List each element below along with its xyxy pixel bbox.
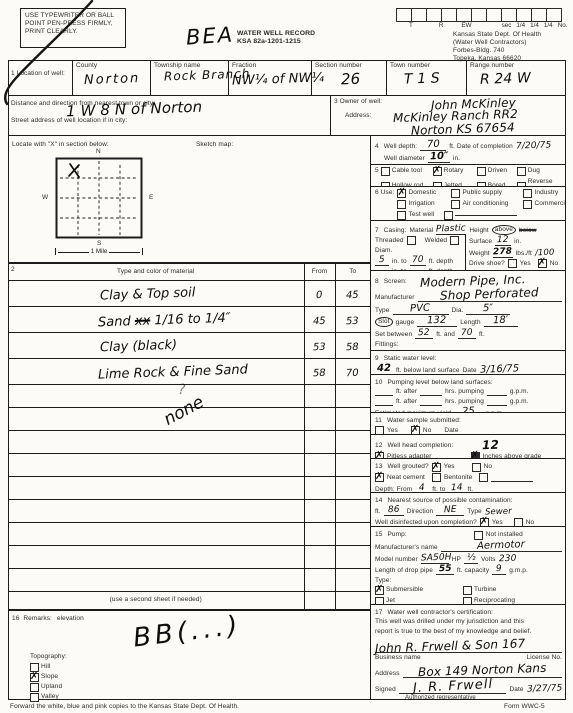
casing-height-label: Height: [469, 227, 488, 235]
ft-after-label: ft. after: [396, 388, 417, 396]
grouted-no-label: No: [484, 463, 493, 471]
use-section: 6 Use: Domestic Public supply Industry I…: [371, 186, 566, 220]
drive-shoe-label: Drive shoe?: [469, 260, 505, 268]
signature: J. R. Frwell: [412, 678, 493, 695]
material-footer-row: (use a second sheet if needed): [8, 592, 370, 610]
pump-jet: Jet: [375, 597, 463, 604]
grouted-yes-label: Yes: [444, 463, 455, 471]
section-value: 26: [341, 72, 361, 88]
head-label: Well head completion:: [387, 442, 453, 450]
caption-no: No.: [558, 22, 568, 29]
drill-driven: Driven: [477, 167, 517, 176]
set-unit-label: ft.: [479, 331, 485, 339]
gauge-label: gauge: [396, 319, 415, 327]
grouted-section: 13 Well grouted? Yes No Neat cement Bent…: [371, 458, 566, 492]
bentonite-label: Bentonite: [444, 474, 472, 482]
use-air-conditioning: Air conditioning: [451, 200, 523, 209]
to-value: 53: [346, 316, 359, 326]
not-installed-label: Not installed: [486, 531, 523, 539]
coding-box: [441, 8, 457, 22]
material-value: Sand xx 1/16 to 1/4″: [98, 311, 231, 329]
material-value: Clay (black): [100, 338, 178, 354]
grout-to-value: 14: [451, 483, 463, 492]
topography-slope: Slope: [30, 673, 62, 682]
valley-label: Valley: [41, 693, 59, 701]
diam-label: Diam.: [375, 247, 392, 255]
question-scribble: ?: [178, 383, 185, 397]
drill-method-section: 5 Cable tool Rotary Driven Dug Hollow ro…: [371, 164, 566, 186]
certification-label: Water well contractor's certification:: [387, 609, 493, 617]
owner-label: 3 Owner of well:: [334, 98, 382, 105]
grouted-label: Well grouted?: [387, 463, 428, 471]
material-row: Clay & Top soil 0 45: [8, 281, 370, 307]
welded-checkbox: [450, 236, 459, 245]
certification-text1: This well was drilled under my jurisdict…: [375, 618, 524, 626]
certification-section: 17 Water well contractor's certification…: [371, 604, 566, 700]
coding-box: [456, 8, 472, 22]
compass-w: W: [42, 194, 48, 202]
pump-volts-value: 230: [498, 554, 516, 564]
neat-cement-label: Neat cement: [387, 474, 425, 482]
well-diameter-unit: in.: [453, 155, 460, 163]
coding-box: [426, 8, 442, 22]
well-depth-label: Well depth:: [384, 143, 418, 151]
fittings-label: Fittings:: [375, 341, 399, 349]
use-domestic: Domestic: [397, 189, 451, 198]
grouted-no-checkbox: [472, 463, 481, 472]
pump-hp-value: ½: [466, 553, 475, 562]
range-label: Range number: [470, 62, 563, 70]
location-label-cell: 1 Location of well:: [8, 60, 72, 95]
screen-manufacturer-label: Manufacturer: [375, 294, 415, 302]
public-supply-checkbox: [451, 189, 460, 198]
caption-sec: sec: [502, 22, 512, 29]
gauge-value: 132: [427, 316, 447, 327]
gpm-label2: g.p.m.: [510, 398, 529, 406]
contamination-ft-value: 86: [388, 506, 400, 515]
owner-address-line2: Norton KS 67654: [411, 121, 515, 137]
town-cell: Town number T 1 S: [386, 60, 466, 95]
material-value: Clay & Top soil: [100, 286, 196, 302]
certification-number: 17: [375, 609, 382, 617]
drill-number: 5: [375, 167, 379, 186]
range-cell: Range number R 24 W: [466, 60, 566, 95]
neat-cement-checkbox: [375, 473, 384, 482]
test-well-checkbox: [397, 211, 406, 220]
top-scribble: BEA: [185, 24, 234, 48]
county-value: Norton: [84, 72, 141, 87]
contractor-address-label: Address: [375, 670, 400, 678]
threaded-label: Threaded: [375, 237, 404, 245]
county-label: County: [76, 62, 147, 70]
signed-date-value: 3/27/75: [526, 684, 562, 694]
slot-label-circled: Slot: [375, 317, 393, 327]
drill-reverse-rotary: Reverse rotary: [517, 178, 562, 186]
topography-valley: Valley: [30, 693, 62, 702]
set-to-value: 70: [461, 329, 473, 338]
disinfected-no-label: No: [526, 519, 535, 526]
hill-label: Hill: [41, 663, 50, 671]
materials-number: 2: [11, 266, 15, 274]
caption-r: R: [439, 22, 444, 29]
head-completion-section: 12 Well head completion: 12 Pitless adap…: [371, 434, 566, 458]
agency-address: Kansas State Dept. Of Health (Water Well…: [453, 31, 541, 64]
distance-owner-row: Distance and direction from nearest town…: [8, 96, 566, 136]
pump-mfr-value: Aermotor: [477, 540, 525, 552]
screen-length-label: Length: [460, 319, 480, 327]
instruction-text: USE TYPEWRITER OR BALL POINT PEN-PRESS F…: [25, 12, 114, 35]
coding-grid-caption: T R EW sec 1/4 1/4 1/4 No.: [397, 22, 559, 29]
weight-unit: lbs./ft: [516, 250, 532, 258]
material-row: Sand xx 1/16 to 1/4″ 45 53: [8, 307, 370, 333]
coding-box: [486, 8, 502, 22]
town-value: T 1 S: [404, 72, 440, 87]
pump-mfr-label: Manufacturer's name: [375, 544, 438, 552]
set-between-label: Set between: [375, 331, 412, 339]
use-industry: Industry: [523, 189, 566, 198]
direction-label: Direction: [407, 508, 434, 516]
air-conditioning-checkbox: [451, 200, 460, 209]
sample-label: Water sample submitted:: [387, 417, 461, 425]
county-cell: County Norton: [72, 60, 150, 95]
screen-dia-value: 5″: [483, 303, 494, 313]
pump-number: 15: [375, 531, 382, 539]
pump-volts-label: Volts: [481, 556, 496, 564]
screen-label: Screen:: [384, 278, 407, 286]
coding-box: [396, 8, 412, 22]
height-below-struck: below: [519, 227, 536, 235]
material-row-empty: [8, 431, 370, 454]
contamination-label: Nearest source of possible contamination…: [387, 497, 512, 505]
elevation-note: elevation: [57, 615, 84, 622]
screen-section: 8 Screen: Modern Pipe, Inc. Manufacturer…: [371, 270, 566, 350]
sketch-map-label: Sketch map:: [196, 141, 233, 149]
upland-checkbox: [30, 683, 39, 692]
domestic-checkbox: [397, 189, 406, 198]
drop-pipe-label: Length of drop pipe: [375, 567, 433, 575]
col-to: To: [335, 264, 370, 281]
material-value: Lime Rock & Fine Sand: [98, 363, 248, 381]
use-commercial: Commercial: [523, 200, 566, 209]
to-value: 58: [346, 342, 359, 352]
caption-q2: 1/4: [530, 22, 539, 29]
caption-t: T: [409, 22, 413, 29]
gpm-label: g.p.m.: [510, 388, 529, 396]
weight-label: Weight: [469, 250, 490, 258]
turbine-checkbox: [463, 586, 472, 595]
owner-address-label: Address:: [345, 112, 371, 120]
section-map: [55, 157, 143, 239]
upland-label: Upland: [41, 683, 62, 691]
drop-pipe-value: 55: [438, 565, 451, 574]
pump-label: Pump:: [387, 531, 406, 539]
casing-depth-value: 70: [412, 256, 424, 265]
casing-label: Casing:: [384, 227, 407, 235]
contamination-number: 14: [375, 497, 382, 505]
casing-in-to: in. to: [392, 258, 407, 266]
not-installed-checkbox: [474, 531, 483, 540]
x-mark: [69, 164, 79, 177]
agency-line: Forbes-Bldg. 740: [453, 47, 541, 55]
locate-label: Locate with "X" in section below:: [12, 141, 109, 149]
right-column: 4 Well depth: 70 ft. Date of completion …: [370, 136, 566, 700]
pump-section: 15 Pump: Not installed Manufacturer's na…: [371, 526, 566, 604]
screen-type-value: PVC: [410, 303, 430, 314]
direction-value: NE: [444, 506, 457, 515]
threaded-checkbox: [407, 236, 416, 245]
coding-box: [531, 8, 547, 22]
form-title-block: WATER WELL RECORD KSA 82a-1201-1215: [237, 30, 315, 47]
well-depth-number: 4: [375, 143, 379, 151]
sample-yes-checkbox: [375, 426, 384, 434]
caption-q1: 1/4: [516, 22, 525, 29]
scale-label: 1 Mile: [91, 248, 108, 255]
head-inches-value: 12: [482, 438, 499, 451]
static-label: Static water level:: [384, 355, 437, 363]
township-cell: Township name Rock Branch: [150, 60, 228, 95]
casing-material-label: Material: [409, 227, 433, 235]
section-label: Section number: [315, 62, 383, 70]
static-value: 42: [377, 364, 391, 374]
screen-type-label: Type: [375, 307, 390, 315]
caption-ew: EW: [461, 22, 471, 29]
screen-length-value: 18′: [493, 316, 509, 327]
capacity-label: ft. capacity: [457, 567, 489, 575]
col-material: Type and color of material: [117, 268, 194, 275]
topography-label: Topography:: [30, 653, 67, 661]
coding-box: [516, 8, 532, 22]
form-title: WATER WELL RECORD: [237, 30, 315, 38]
drill-dug: Dug: [517, 167, 562, 176]
pump-submersible: Submersible: [375, 586, 463, 595]
industry-checkbox: [523, 189, 532, 198]
from-value: 0: [316, 290, 323, 300]
form-statute: KSA 82a-1201-1215: [237, 38, 315, 46]
drill-jetted: Jetted: [433, 178, 477, 186]
pump-model-value: SA50H: [421, 553, 452, 563]
valley-checkbox: [30, 693, 39, 702]
well-depth-section: 4 Well depth: 70 ft. Date of completion …: [371, 136, 566, 164]
material-row-empty: [8, 477, 370, 500]
sample-yes-label: Yes: [387, 427, 398, 434]
hrs-pumping-label2: hrs. pumping: [445, 398, 484, 406]
distance-cell: Distance and direction from nearest town…: [8, 96, 330, 135]
well-diameter-value: 10″: [429, 152, 448, 163]
ft-after-label2: ft. after: [396, 398, 417, 406]
disinfected-no-checkbox: [514, 518, 523, 526]
to-value: 45: [346, 290, 359, 300]
driven-checkbox: [477, 167, 486, 176]
sample-no-label: No: [423, 427, 432, 434]
location-row: 1 Location of well: County Norton Townsh…: [8, 60, 566, 96]
topography-upland: Upland: [30, 683, 62, 692]
bentonite-checkbox: [432, 473, 441, 482]
slope-label: Slope: [41, 673, 58, 681]
use-label: Use:: [381, 189, 395, 220]
set-mid-label: ft. and: [436, 331, 455, 339]
fraction-cell: Fraction NW¼ of NW¼: [228, 60, 311, 95]
jet-checkbox: [375, 597, 384, 604]
screen-number: 8: [375, 278, 379, 286]
to-value: 70: [346, 368, 359, 378]
weight-value: 278: [493, 247, 512, 257]
hrs-pumping-label: hrs. pumping: [445, 388, 484, 396]
use-other-checkbox: [444, 211, 453, 220]
pumping-section: 10 Pumping level below land surfaces: ft…: [371, 374, 566, 412]
drill-bored: Bored: [477, 178, 517, 186]
material-row-empty: [8, 454, 370, 477]
struck-scribble: xx: [135, 313, 151, 329]
locate-section: Locate with "X" in section below: Sketch…: [8, 136, 370, 262]
from-value: 53: [313, 342, 326, 352]
completion-date-value: 7/20/75: [516, 141, 552, 151]
compass-n: N: [96, 148, 101, 156]
drill-cable-tool: Cable tool: [381, 167, 433, 176]
rotary-checkbox: [433, 167, 442, 176]
contractor-address-value: Box 149 Norton Kans: [418, 662, 547, 678]
screen-perforation-value: Shop Perforated: [440, 286, 539, 301]
caption-q3: 1/4: [544, 22, 553, 29]
pump-turbine: Turbine: [463, 586, 562, 595]
casing-ft-depth: ft. depth: [429, 258, 453, 266]
dug-checkbox: [517, 167, 526, 176]
static-date-label: Date: [463, 367, 477, 374]
remarks-scribble: BB(...): [132, 612, 243, 651]
commercial-checkbox: [523, 200, 532, 209]
drive-shoe-no-checkbox: [538, 259, 547, 268]
remarks-label: Remarks:: [23, 615, 52, 622]
compass-s: S: [97, 240, 101, 248]
contamination-type-value: Sewer: [485, 507, 512, 516]
cable-tool-checkbox: [381, 167, 390, 176]
left-column: Locate with "X" in section below: Sketch…: [8, 136, 370, 700]
materials-table: 2 Type and color of material From To Cla…: [8, 263, 370, 610]
materials-section: 2 Type and color of material From To Cla…: [8, 262, 370, 610]
map-scale: 1 Mile: [55, 248, 143, 255]
form-number: Form WWC-5: [504, 703, 545, 711]
sample-section: 11 Water sample submitted: Yes No Date: [371, 412, 566, 434]
location-label: 1 Location of well:: [11, 70, 65, 77]
static-unit: ft. below land surface: [396, 367, 460, 374]
capacity-unit: g.m.p.: [509, 567, 528, 575]
drive-shoe-no-label: No: [550, 260, 559, 268]
completion-date-label: ft. Date of completion: [449, 143, 513, 151]
well-diameter-label: Well diameter: [384, 155, 425, 163]
material-row-empty: [8, 546, 370, 569]
submersible-checkbox: [375, 586, 384, 595]
casing-section: 7 Casing: Material Plastic Height above …: [371, 220, 566, 270]
capacity-value: 9: [496, 565, 502, 574]
casing-number: 7: [375, 227, 379, 235]
sample-number: 11: [375, 417, 382, 425]
pump-model-label: Model number: [375, 556, 418, 564]
welded-label: Welded: [425, 237, 448, 245]
static-number: 9: [375, 355, 379, 363]
coding-box: [411, 8, 427, 22]
irrigation-checkbox: [397, 200, 406, 209]
grout-other-checkbox: [479, 473, 488, 482]
casing-diam-value: 5: [379, 256, 385, 265]
sample-date-label: Date: [444, 427, 458, 434]
footer-note: Forward the white, blue and pink copies …: [10, 703, 239, 711]
from-value: 58: [313, 368, 326, 378]
range-value: R 24 W: [480, 71, 531, 87]
surface-label: Surface: [469, 238, 492, 246]
material-row-empty: [8, 523, 370, 546]
reciprocating-checkbox: [463, 597, 472, 604]
owner-cell: 3 Owner of well: Address: John McKinley …: [330, 96, 566, 135]
pumping-label: Pumping level below land surfaces:: [387, 379, 492, 387]
use-public-supply: Public supply: [451, 189, 523, 198]
material-row: Clay (black) 53 58: [8, 333, 370, 359]
coding-box: [471, 8, 487, 22]
casing-material-value: Plastic: [436, 224, 466, 234]
town-label: Town number: [390, 62, 463, 70]
disinfected-yes-checkbox: [480, 518, 489, 526]
pumping-number: 10: [375, 379, 382, 387]
well-depth-value: 70: [427, 139, 440, 149]
drill-rotary: Rotary: [433, 167, 477, 176]
material-row-empty: [8, 569, 370, 592]
grout-from-value: 4: [419, 483, 425, 492]
coding-box: [501, 8, 517, 22]
disinfected-label: Well disinfected upon completion?: [375, 519, 477, 526]
disinfected-yes-label: Yes: [492, 519, 503, 526]
static-level-section: 9 Static water level: 42 ft. below land …: [371, 350, 566, 374]
second-sheet-note: (use a second sheet if needed): [8, 592, 304, 610]
certification-text2: report is true to the best of my knowled…: [375, 628, 531, 636]
agency-line: Kansas State Dept. Of Health: [453, 31, 541, 39]
compass-e: E: [149, 194, 153, 202]
col-from: From: [304, 264, 335, 281]
contamination-section: 14 Nearest source of possible contaminat…: [371, 492, 566, 526]
pump-hp-label: HP: [452, 556, 461, 564]
use-test-well: Test well: [397, 211, 566, 220]
remarks-section: 16 Remarks: elevation BB(...) Topography…: [8, 610, 370, 702]
height-above-circled: above: [492, 225, 516, 235]
fraction-label: Fraction: [232, 62, 308, 70]
surface-unit: in.: [514, 238, 521, 246]
instruction-box: USE TYPEWRITER OR BALL POINT PEN-PRESS F…: [20, 8, 126, 48]
material-row-empty: [8, 500, 370, 523]
water-well-record-form: USE TYPEWRITER OR BALL POINT PEN-PRESS F…: [0, 0, 573, 713]
drill-hollow-rod: Hollow rod: [381, 178, 433, 186]
drive-shoe-yes-label: Yes: [520, 260, 531, 268]
use-number: 6: [375, 189, 379, 220]
from-value: 45: [313, 316, 326, 326]
business-name-label: Business name: [375, 654, 421, 662]
pump-reciprocating: Reciprocating: [463, 597, 562, 604]
street-address-label: Street address of well location if in ci…: [11, 117, 327, 125]
surface-value: 12: [497, 236, 509, 245]
remarks-number: 16: [12, 615, 19, 622]
material-row: Lime Rock & Fine Sand 58 70: [8, 359, 370, 385]
signed-date-label: Date: [509, 686, 523, 694]
set-from-value: 52: [418, 329, 430, 338]
business-name-value: John R. Frwell & Son 167: [375, 637, 526, 654]
slope-checkbox: [30, 673, 39, 682]
signed-label: Signed: [375, 686, 396, 694]
contamination-ft-label: ft.: [375, 508, 381, 516]
drive-shoe-yes-checkbox: [508, 259, 517, 268]
coding-box: [546, 8, 562, 22]
section-cell: Section number 26: [311, 60, 386, 95]
screen-dia-label: Dia.: [452, 307, 464, 315]
agency-line: (Water Well Contractors): [453, 39, 541, 47]
grouted-yes-checkbox: [432, 463, 441, 472]
sample-no-checkbox: [411, 426, 420, 434]
use-irrigation: Irrigation: [397, 200, 451, 209]
